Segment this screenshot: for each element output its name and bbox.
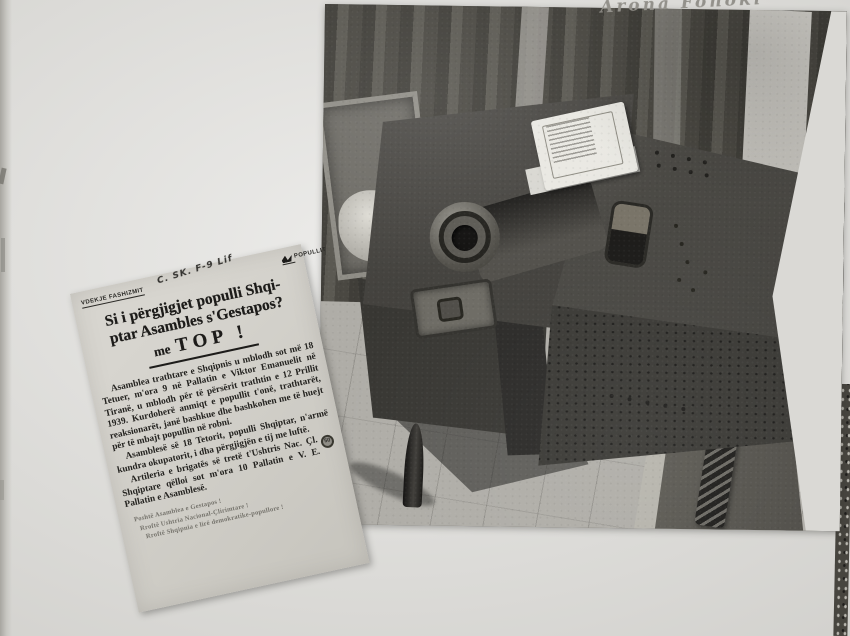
circled-end-mark: 50 [320,434,335,449]
exhibit-photo [318,4,847,531]
edge-mark [0,480,4,500]
headline-me: me [152,341,171,359]
masthead-right: POPULLIT [281,254,296,266]
page-wedge-over-photo [318,4,847,531]
ink-blot [281,254,293,263]
page-binding-edge [0,0,12,636]
scanned-album-page: Arona Fonoki [0,0,850,636]
edge-mark [1,238,5,272]
